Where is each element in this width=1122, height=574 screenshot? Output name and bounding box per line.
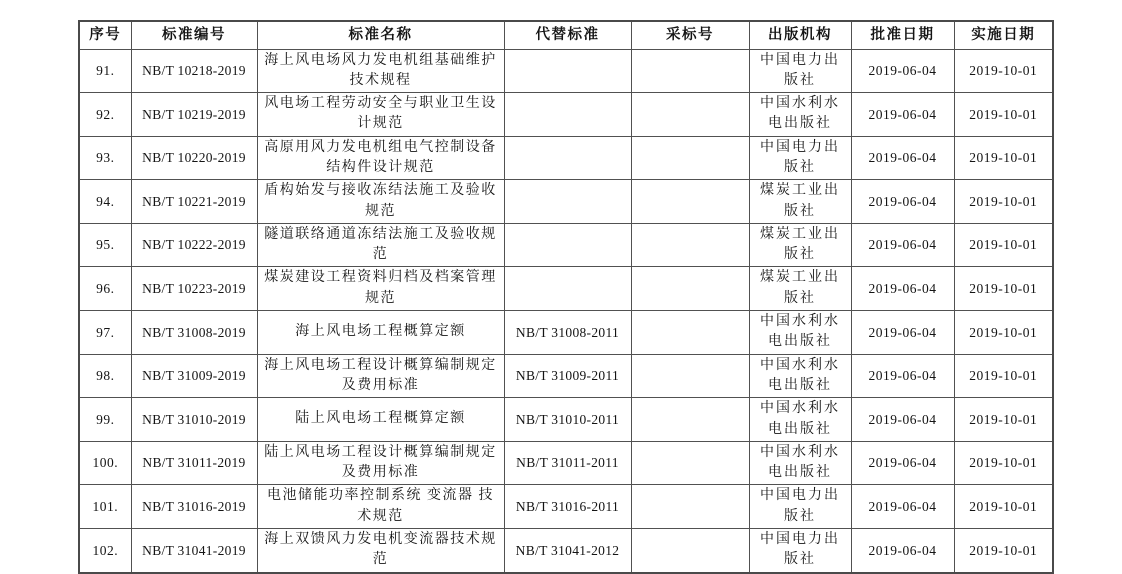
cell-standard_name: 电池储能功率控制系统 变流器 技术规范 <box>257 485 504 529</box>
cell-index: 91. <box>79 49 131 93</box>
table-row: 93.NB/T 10220-2019高原用风力发电机组电气控制设备结构件设计规范… <box>79 136 1053 180</box>
cell-standard_name: 盾构始发与接收冻结法施工及验收规范 <box>257 180 504 224</box>
cell-standard_name: 隧道联络通道冻结法施工及验收规范 <box>257 223 504 267</box>
cell-replaced_standard <box>504 223 631 267</box>
cell-approval_date: 2019-06-04 <box>851 136 954 180</box>
cell-replaced_standard <box>504 180 631 224</box>
cell-publisher: 中国水利水电出版社 <box>749 354 851 398</box>
cell-standard_no: NB/T 31008-2019 <box>131 311 257 355</box>
column-header-index: 序号 <box>79 21 131 49</box>
cell-standard_no: NB/T 31041-2019 <box>131 529 257 573</box>
document-page: 序号标准编号标准名称代替标准采标号出版机构批准日期实施日期 91.NB/T 10… <box>0 0 1122 574</box>
cell-implementation_date: 2019-10-01 <box>954 267 1053 311</box>
cell-index: 95. <box>79 223 131 267</box>
cell-implementation_date: 2019-10-01 <box>954 354 1053 398</box>
cell-adoption_no <box>631 354 749 398</box>
cell-index: 96. <box>79 267 131 311</box>
cell-standard_no: NB/T 31011-2019 <box>131 441 257 485</box>
cell-approval_date: 2019-06-04 <box>851 223 954 267</box>
cell-index: 101. <box>79 485 131 529</box>
cell-approval_date: 2019-06-04 <box>851 267 954 311</box>
table-row: 91.NB/T 10218-2019海上风电场风力发电机组基础维护技术规程中国电… <box>79 49 1053 93</box>
cell-publisher: 中国电力出版社 <box>749 49 851 93</box>
cell-standard_name: 高原用风力发电机组电气控制设备结构件设计规范 <box>257 136 504 180</box>
cell-publisher: 中国水利水电出版社 <box>749 398 851 442</box>
cell-replaced_standard: NB/T 31009-2011 <box>504 354 631 398</box>
cell-implementation_date: 2019-10-01 <box>954 311 1053 355</box>
cell-standard_no: NB/T 10221-2019 <box>131 180 257 224</box>
cell-publisher: 中国电力出版社 <box>749 136 851 180</box>
cell-approval_date: 2019-06-04 <box>851 93 954 137</box>
cell-adoption_no <box>631 529 749 573</box>
cell-publisher: 煤炭工业出版社 <box>749 223 851 267</box>
cell-standard_no: NB/T 31010-2019 <box>131 398 257 442</box>
column-header-replaced_standard: 代替标准 <box>504 21 631 49</box>
cell-publisher: 中国电力出版社 <box>749 485 851 529</box>
cell-approval_date: 2019-06-04 <box>851 398 954 442</box>
cell-standard_name: 煤炭建设工程资料归档及档案管理规范 <box>257 267 504 311</box>
cell-standard_no: NB/T 31009-2019 <box>131 354 257 398</box>
cell-publisher: 中国水利水电出版社 <box>749 93 851 137</box>
cell-index: 100. <box>79 441 131 485</box>
cell-replaced_standard: NB/T 31041-2012 <box>504 529 631 573</box>
cell-implementation_date: 2019-10-01 <box>954 49 1053 93</box>
cell-index: 93. <box>79 136 131 180</box>
cell-approval_date: 2019-06-04 <box>851 485 954 529</box>
cell-replaced_standard <box>504 49 631 93</box>
table-row: 98.NB/T 31009-2019海上风电场工程设计概算编制规定及费用标准NB… <box>79 354 1053 398</box>
header-row: 序号标准编号标准名称代替标准采标号出版机构批准日期实施日期 <box>79 21 1053 49</box>
table-header: 序号标准编号标准名称代替标准采标号出版机构批准日期实施日期 <box>79 21 1053 49</box>
cell-standard_name: 风电场工程劳动安全与职业卫生设计规范 <box>257 93 504 137</box>
cell-adoption_no <box>631 267 749 311</box>
cell-implementation_date: 2019-10-01 <box>954 485 1053 529</box>
table-body: 91.NB/T 10218-2019海上风电场风力发电机组基础维护技术规程中国电… <box>79 49 1053 573</box>
cell-publisher: 煤炭工业出版社 <box>749 267 851 311</box>
cell-approval_date: 2019-06-04 <box>851 354 954 398</box>
column-header-implementation_date: 实施日期 <box>954 21 1053 49</box>
cell-implementation_date: 2019-10-01 <box>954 223 1053 267</box>
cell-adoption_no <box>631 311 749 355</box>
cell-replaced_standard <box>504 93 631 137</box>
cell-adoption_no <box>631 136 749 180</box>
cell-adoption_no <box>631 485 749 529</box>
cell-implementation_date: 2019-10-01 <box>954 398 1053 442</box>
table-row: 101.NB/T 31016-2019电池储能功率控制系统 变流器 技术规范NB… <box>79 485 1053 529</box>
cell-implementation_date: 2019-10-01 <box>954 93 1053 137</box>
cell-adoption_no <box>631 180 749 224</box>
cell-replaced_standard: NB/T 31008-2011 <box>504 311 631 355</box>
cell-standard_no: NB/T 31016-2019 <box>131 485 257 529</box>
table-row: 94.NB/T 10221-2019盾构始发与接收冻结法施工及验收规范煤炭工业出… <box>79 180 1053 224</box>
cell-standard_name: 陆上风电场工程概算定额 <box>257 398 504 442</box>
table-row: 99.NB/T 31010-2019陆上风电场工程概算定额NB/T 31010-… <box>79 398 1053 442</box>
cell-index: 98. <box>79 354 131 398</box>
cell-standard_name: 海上风电场工程设计概算编制规定及费用标准 <box>257 354 504 398</box>
cell-publisher: 中国水利水电出版社 <box>749 311 851 355</box>
cell-standard_no: NB/T 10222-2019 <box>131 223 257 267</box>
column-header-approval_date: 批准日期 <box>851 21 954 49</box>
table-row: 95.NB/T 10222-2019隧道联络通道冻结法施工及验收规范煤炭工业出版… <box>79 223 1053 267</box>
cell-replaced_standard: NB/T 31010-2011 <box>504 398 631 442</box>
cell-standard_name: 陆上风电场工程设计概算编制规定及费用标准 <box>257 441 504 485</box>
cell-adoption_no <box>631 441 749 485</box>
column-header-publisher: 出版机构 <box>749 21 851 49</box>
cell-approval_date: 2019-06-04 <box>851 311 954 355</box>
cell-adoption_no <box>631 398 749 442</box>
column-header-standard_name: 标准名称 <box>257 21 504 49</box>
cell-implementation_date: 2019-10-01 <box>954 136 1053 180</box>
cell-index: 99. <box>79 398 131 442</box>
cell-replaced_standard: NB/T 31016-2011 <box>504 485 631 529</box>
cell-approval_date: 2019-06-04 <box>851 529 954 573</box>
table-row: 100.NB/T 31011-2019陆上风电场工程设计概算编制规定及费用标准N… <box>79 441 1053 485</box>
cell-adoption_no <box>631 49 749 93</box>
cell-adoption_no <box>631 223 749 267</box>
cell-approval_date: 2019-06-04 <box>851 441 954 485</box>
table-row: 97.NB/T 31008-2019海上风电场工程概算定额NB/T 31008-… <box>79 311 1053 355</box>
cell-index: 102. <box>79 529 131 573</box>
cell-standard_no: NB/T 10223-2019 <box>131 267 257 311</box>
cell-implementation_date: 2019-10-01 <box>954 441 1053 485</box>
cell-standard_no: NB/T 10220-2019 <box>131 136 257 180</box>
cell-replaced_standard: NB/T 31011-2011 <box>504 441 631 485</box>
column-header-adoption_no: 采标号 <box>631 21 749 49</box>
cell-standard_name: 海上风电场工程概算定额 <box>257 311 504 355</box>
cell-replaced_standard <box>504 267 631 311</box>
cell-standard_name: 海上双馈风力发电机变流器技术规范 <box>257 529 504 573</box>
cell-index: 92. <box>79 93 131 137</box>
cell-adoption_no <box>631 93 749 137</box>
cell-standard_no: NB/T 10219-2019 <box>131 93 257 137</box>
cell-approval_date: 2019-06-04 <box>851 49 954 93</box>
cell-standard_no: NB/T 10218-2019 <box>131 49 257 93</box>
cell-publisher: 中国电力出版社 <box>749 529 851 573</box>
table-row: 92.NB/T 10219-2019风电场工程劳动安全与职业卫生设计规范中国水利… <box>79 93 1053 137</box>
cell-publisher: 中国水利水电出版社 <box>749 441 851 485</box>
cell-standard_name: 海上风电场风力发电机组基础维护技术规程 <box>257 49 504 93</box>
cell-index: 94. <box>79 180 131 224</box>
cell-publisher: 煤炭工业出版社 <box>749 180 851 224</box>
cell-implementation_date: 2019-10-01 <box>954 180 1053 224</box>
table-row: 96.NB/T 10223-2019煤炭建设工程资料归档及档案管理规范煤炭工业出… <box>79 267 1053 311</box>
column-header-standard_no: 标准编号 <box>131 21 257 49</box>
standards-table: 序号标准编号标准名称代替标准采标号出版机构批准日期实施日期 91.NB/T 10… <box>78 20 1054 574</box>
cell-index: 97. <box>79 311 131 355</box>
table-row: 102.NB/T 31041-2019海上双馈风力发电机变流器技术规范NB/T … <box>79 529 1053 573</box>
cell-implementation_date: 2019-10-01 <box>954 529 1053 573</box>
cell-approval_date: 2019-06-04 <box>851 180 954 224</box>
cell-replaced_standard <box>504 136 631 180</box>
